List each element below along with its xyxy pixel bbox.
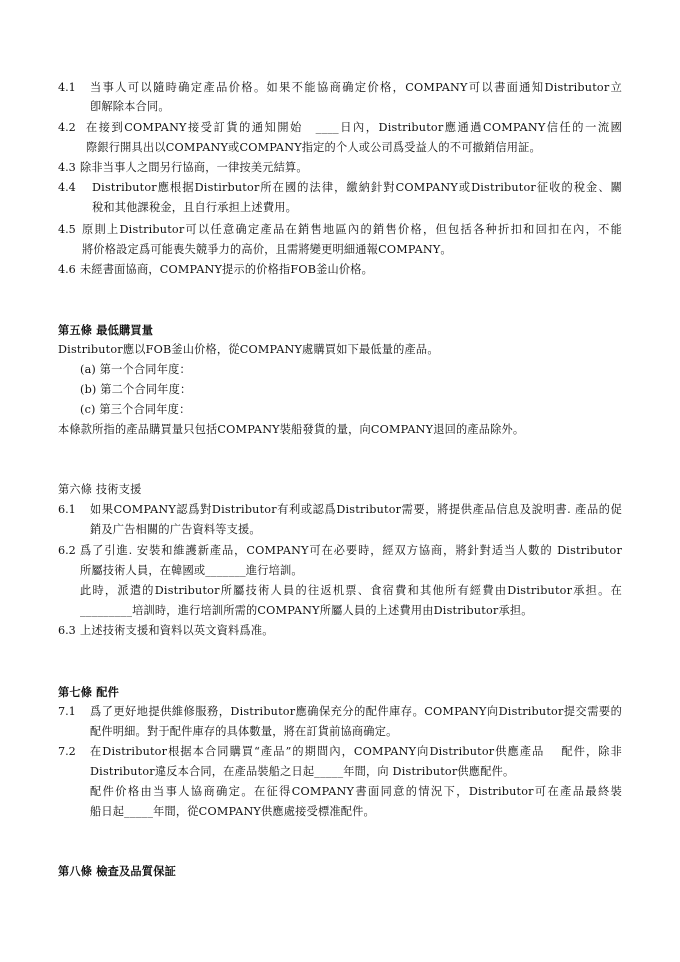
clause-number-6-3: 6.3 — [58, 623, 76, 639]
clause-6-1-line-2: 銷及广告相關的广告資料等支援。 — [90, 522, 261, 538]
clause-number-4-3: 4.3 — [58, 160, 76, 176]
clause-number-4-6: 4.6 — [58, 262, 76, 278]
clause-4-4-line-2: 稅和其他課稅金，且自行承担上述費用。 — [92, 200, 297, 216]
contract-year-1: (a) 第一个合同年度： — [80, 362, 191, 378]
clause-number-4-5: 4.5 — [58, 222, 76, 238]
clause-4-2-line-2: 際銀行開具出以COMPANY或COMPANY指定的个人或公司爲受益人的不可撤銷信… — [86, 140, 541, 156]
clause-6-2-line-3: 此時，派遣的Distributor所屬技術人員的往返机票、食宿費和其他所有經費由… — [80, 583, 622, 599]
clause-6-2-line-1: 爲了引進. 安裝和維護新產品，COMPANY可在必要時，經双方協商，將針對适当人… — [80, 543, 622, 559]
section-7-title: 第七條 配件 — [58, 684, 119, 700]
contract-year-3: (c) 第三个合同年度： — [80, 402, 190, 418]
clause-4-6-line-1: 未經書面協商，COMPANY提示的价格指FOB釜山价格。 — [80, 262, 373, 278]
clause-4-3-line-1: 除非当事人之間另行協商，一律按美元結算。 — [80, 160, 308, 176]
clause-number-6-2: 6.2 — [58, 543, 76, 559]
clause-number-7-1: 7.1 — [58, 704, 76, 720]
clause-4-1-line-1: 当事人可以隨時确定產品价格。如果不能協商确定价格，COMPANY可以書面通知Di… — [90, 80, 622, 96]
clause-7-2-line-4: 船日起_____年間，從COMPANY供應處接受標准配件。 — [90, 804, 375, 820]
clause-number-4-2: 4.2 — [58, 120, 76, 136]
clause-4-5-line-1: 原則上Distributor可以任意确定產品在銷售地區內的銷售价格，但包括各种折… — [82, 222, 622, 238]
clause-number-4-1: 4.1 — [58, 80, 76, 96]
contract-year-2: (b) 第二个合同年度： — [80, 382, 191, 398]
clause-6-2-line-2: 所屬技術人員，在韓國或_______進行培訓。 — [80, 563, 303, 579]
clause-6-3-line-1: 上述技術支援和資料以英文資料爲准。 — [80, 623, 274, 639]
clause-7-2-line-2: Distributor違反本合同，在產品裝船之日起_____年間，向 Distr… — [90, 764, 514, 780]
clause-6-1-line-1: 如果COMPANY認爲對Distributor有利或認爲Distributor需… — [90, 502, 622, 518]
clause-number-7-2: 7.2 — [58, 744, 76, 760]
clause-4-5-line-2: 將价格設定爲可能喪失競爭力的高价，且需將變更明細通報COMPANY。 — [82, 242, 452, 258]
section-6-title: 第六條 技術支援 — [58, 482, 141, 498]
clause-7-1-line-1: 爲了更好地提供維修服務，Distributor應确保充分的配件庫存。COMPAN… — [90, 704, 622, 720]
section-8-title: 第八條 檢查及品質保証 — [58, 863, 176, 879]
section-5-note: 本條款所指的產品購買量只包括COMPANY裝船發貨的量，向COMPANY退回的產… — [58, 422, 524, 438]
clause-number-4-4: 4.4 — [58, 180, 76, 196]
clause-4-1-line-2: 卽解除本合同。 — [90, 99, 170, 115]
document-page: 4.1 当事人可以隨時确定產品价格。如果不能協商确定价格，COMPANY可以書面… — [0, 0, 680, 962]
clause-7-2-line-1: 在Distributor根据本合同購買“產品”的期間內，COMPANY向Dist… — [90, 744, 622, 760]
clause-7-1-line-2: 配件明細。對于配件庫存的具体數量，將在訂貨前協商确定。 — [90, 724, 397, 740]
section-5-intro: Distributor應以FOB釜山价格，從COMPANY處購買如下最低量的產品… — [58, 342, 439, 358]
clause-7-2-line-3: 配件价格由当事人協商确定。在征得COMPANY書面同意的情況下，Distribu… — [90, 784, 622, 800]
clause-4-2-line-1: 在接到COMPANY接受訂貨的通知開始 ____日內，Distributor應通… — [86, 120, 622, 136]
clause-number-6-1: 6.1 — [58, 502, 76, 518]
clause-6-2-line-4: _________培訓時，進行培訓所需的COMPANY所屬人員的上述費用由Dis… — [80, 603, 533, 619]
clause-4-4-line-1: Distributor應根据Distirbutor所在國的法律，繳納針對COMP… — [92, 180, 622, 196]
section-5-title: 第五條 最低購買量 — [58, 322, 153, 338]
